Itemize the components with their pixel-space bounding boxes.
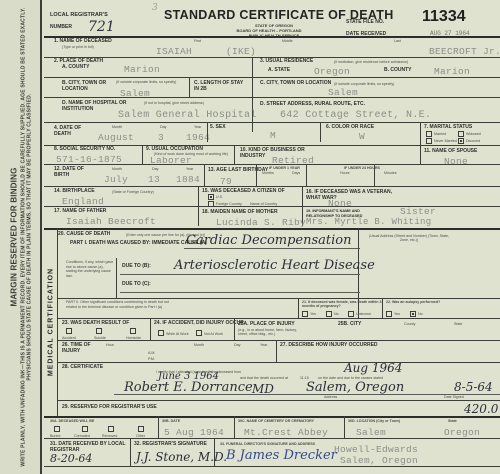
pregnancy-unknown-checkbox[interactable]: [348, 311, 354, 317]
deceased-name-sublabel: (Type or print in full): [62, 45, 94, 49]
conditions-label: Conditions, if any, which gave rise to a…: [66, 260, 114, 278]
reserved-value: 420.0: [464, 402, 498, 416]
county-injury-label: County: [404, 322, 415, 326]
residence-label: 3. USUAL RESIDENCE: [260, 59, 313, 65]
not-at-work-label: Not At Work: [204, 332, 223, 336]
due-to-b-label: DUE TO (B):: [122, 264, 151, 270]
due-to-c-label: DUE TO (C):: [122, 282, 151, 288]
divider: [382, 298, 383, 318]
funeral-director-signature: B James Drecker: [226, 448, 337, 463]
number-label: NUMBER: [50, 25, 72, 31]
disposition-date-label: 30B. DATE: [162, 419, 180, 423]
manner-suicide-checkbox[interactable]: [96, 328, 102, 334]
residence-county: Marion: [434, 66, 470, 77]
marital-never-married-label: Never Married: [434, 139, 457, 143]
death-day-label: Day: [160, 125, 166, 129]
marital-divorced-label: Divorced: [466, 139, 480, 143]
spouse: None: [444, 156, 468, 167]
divider: [120, 274, 360, 275]
divider: [420, 122, 421, 164]
father-name: Isaiah Beecroft: [66, 216, 156, 227]
certified-date: Aug 1964: [344, 361, 402, 375]
hospital-sublabel: (If not in hospital, give street address…: [144, 101, 204, 105]
at-work-checkbox[interactable]: [158, 330, 164, 336]
mother-label: 18. MAIDEN NAME OF MOTHER: [202, 210, 278, 216]
dob-month: July: [104, 174, 128, 185]
death-city-sublabel: (If outside corporate limits, so specify…: [116, 80, 176, 84]
marital-status-label: 7. MARITAL STATUS: [424, 125, 472, 131]
months-label: Months: [262, 171, 274, 175]
injury-month-label: Month: [194, 343, 204, 347]
certificate-label: 28. CERTIFICATE: [62, 365, 103, 371]
divider: [320, 122, 321, 142]
disposition-label: 30A. DECEASED WILL BE: [50, 419, 94, 423]
death-year-label: Year: [194, 125, 201, 129]
dob-year: 1884: [176, 174, 200, 185]
medical-certification-band: MEDICAL CERTIFICATION: [44, 228, 58, 416]
autopsy-yes-checkbox[interactable]: [386, 311, 392, 317]
other-checkbox[interactable]: [138, 426, 144, 432]
state-file-number: 11334: [422, 8, 466, 26]
deceased-name-label: 1. NAME OF DECEASED: [54, 39, 112, 45]
divider: [234, 416, 235, 438]
divider: [214, 438, 215, 466]
death-county: Marion: [124, 64, 160, 75]
residence-county-label: B. COUNTY: [384, 68, 412, 74]
under-year-label: IF UNDER 1 YEAR: [269, 166, 300, 170]
divider: [58, 400, 500, 401]
divider: [142, 145, 143, 164]
pregnancy-question: 21. If deceased was female, was death wi…: [302, 300, 392, 308]
divider: [44, 36, 500, 38]
divider: [120, 292, 360, 293]
marital-widowed-label: Widowed: [466, 132, 481, 136]
state-file-label: STATE FILE NO.: [346, 20, 384, 26]
am-label: A.M.: [148, 351, 155, 355]
marital-married-checkbox[interactable]: [426, 131, 432, 137]
last-label: Last: [394, 39, 401, 43]
pregnancy-no-checkbox[interactable]: [326, 311, 332, 317]
dob-day-label: Day: [152, 167, 158, 171]
part2-label: PART II. Other significant conditions co…: [66, 300, 176, 309]
divider: [298, 298, 299, 318]
manner-label: 23. WAS DEATH RESULT OF: [62, 321, 129, 327]
due-to-b: Arteriosclerotic Heart Disease: [174, 258, 375, 273]
hours-label: Hours: [340, 171, 350, 175]
death-month-label: Month: [112, 125, 122, 129]
reserved-label: 29. RESERVED FOR REGISTRAR'S USE: [62, 405, 157, 411]
divider: [204, 164, 205, 186]
residence-sublabel: (If institution, give residence before a…: [334, 60, 408, 64]
immediate-cause: Cardiac Decompensation: [186, 233, 352, 248]
residence-city-sublabel: (If outside corporate limits, so specify…: [334, 82, 394, 86]
divider: [44, 164, 500, 165]
minutes-label: Minutes: [384, 171, 397, 175]
local-number: 721: [88, 19, 115, 35]
funeral-city: Salem, Oregon: [340, 455, 418, 466]
binding-margin: MARGIN RESERVED FOR BINDING WRITE PLAINL…: [0, 0, 42, 474]
deceased-middle-name: (IKE): [226, 46, 256, 57]
cremated-checkbox[interactable]: [82, 426, 88, 432]
veteran: None: [328, 198, 352, 209]
pregnancy-no-label: No: [334, 312, 339, 316]
marital-never-married-checkbox[interactable]: [426, 138, 432, 144]
location-city: Salem: [356, 427, 386, 438]
autopsy-question: 22. Was an autopsy performed?: [386, 300, 456, 304]
ssn-label: 8. SOCIAL SECURITY NO.: [54, 147, 115, 153]
residence-state-label: A. STATE: [268, 68, 290, 74]
disposition-date: 5 Aug 1964: [164, 427, 224, 438]
deceased-first-name: ISAIAH: [156, 46, 192, 57]
divider: [189, 77, 190, 97]
race-label: 6. COLOR OR RACE: [326, 125, 374, 131]
manner-accident-checkbox[interactable]: [66, 328, 72, 334]
veteran-label: 16. IF DECEASED WAS A VETERAN, WHAT WAR?: [306, 189, 406, 201]
location-state-label: State: [448, 419, 457, 423]
describe-injury-label: 27. DESCRIBE HOW INJURY OCCURRED: [280, 343, 378, 349]
informant-name: Mrs. Myrtle B. Whiting: [306, 217, 431, 227]
divider: [256, 164, 257, 186]
dob-day: 13: [148, 174, 160, 185]
physician-signature: Robert E. Dorrance: [124, 380, 253, 395]
length-of-stay-label: C. LENGTH OF STAY IN 2B: [194, 80, 249, 92]
cemetery-name: Mt.Crest Abbey: [244, 427, 328, 438]
physician-address: Salem, Oregon: [306, 380, 404, 395]
address-label: Address: [324, 395, 337, 399]
dob-label: 12. DATE OF BIRTH: [54, 166, 94, 178]
divider: [114, 394, 500, 395]
dob-month-label: Month: [112, 167, 122, 171]
pregnancy-unknown-label: Unknown: [356, 312, 371, 316]
sex: M: [270, 130, 276, 141]
date-signed-label: Date Signed: [444, 395, 464, 399]
margin-title: MARGIN RESERVED FOR BINDING: [10, 7, 20, 467]
death-month: August: [98, 132, 134, 143]
divider: [150, 318, 151, 340]
divider: [184, 248, 360, 249]
divider: [158, 416, 159, 438]
place-injury-label: 25A. PLACE OF INJURY: [238, 322, 295, 328]
marital-divorced-checkbox[interactable]: [458, 138, 464, 144]
residence-city-label: C. CITY, TOWN OR LOCATION: [260, 81, 331, 87]
pregnancy-yes-label: Yes: [310, 312, 316, 316]
autopsy-no-checkbox[interactable]: [410, 311, 416, 317]
pregnancy-yes-checkbox[interactable]: [302, 311, 308, 317]
divider: [234, 145, 235, 164]
divider: [44, 228, 500, 230]
divider: [44, 438, 500, 439]
divider: [58, 318, 500, 319]
autopsy-no-label: No: [418, 312, 423, 316]
city-injury-label: 25B. CITY: [338, 322, 361, 328]
medical-certification-label: MEDICAL CERTIFICATION: [48, 268, 55, 376]
local-registrar-label: LOCAL REGISTRAR'S: [50, 13, 108, 19]
divider: [344, 416, 345, 438]
date-received-local: 8-20-64: [50, 452, 92, 465]
marital-widowed-checkbox[interactable]: [458, 131, 464, 137]
birthplace-label: 14. BIRTHPLACE: [54, 189, 95, 195]
divider: [130, 438, 131, 466]
injury-day-label: Day: [234, 343, 240, 347]
death-county-label: A. COUNTY: [62, 65, 90, 71]
divider: [276, 340, 277, 362]
cause-of-death-label: 20. CAUSE OF DEATH: [58, 232, 110, 238]
divider: [374, 164, 375, 186]
state-injury-label: State: [454, 322, 462, 326]
injury-year-label: Year: [260, 343, 267, 347]
divider: [116, 258, 117, 298]
location-label: 30D. LOCATION (City or Town): [348, 419, 400, 423]
death-city-label: B. CITY, TOWN OR LOCATION: [62, 80, 114, 92]
street-address: 642 Cottage Street, N.E.: [280, 110, 431, 121]
manner-homicide-checkbox[interactable]: [130, 328, 136, 334]
dob-year-label: Year: [186, 167, 193, 171]
mother-name: Lucinda S. Riby: [216, 217, 306, 228]
divider: [234, 318, 235, 340]
divider: [207, 122, 208, 142]
hour-label: Hour: [106, 343, 114, 347]
at-work-label: While At Work: [166, 332, 189, 336]
birthplace-sublabel: (State or Foreign Country): [112, 190, 154, 194]
date-of-death-label: 4. DATE OF DEATH: [54, 125, 94, 137]
divider: [306, 164, 307, 186]
divider: [44, 466, 500, 467]
residence-state: Oregon: [314, 66, 350, 77]
race: W: [359, 131, 365, 142]
divider: [44, 416, 500, 418]
time-injury-label: 26. TIME OF INJURY: [62, 342, 102, 354]
father-label: 17. NAME OF FATHER: [54, 209, 106, 215]
buried-checkbox[interactable]: [54, 426, 60, 432]
death-day: 3: [158, 132, 164, 143]
hospital-name: Salem General Hospital: [118, 110, 257, 121]
deceased-last-name: BEECROFT Jr.: [429, 46, 500, 57]
spouse-label: 11. NAME OF SPOUSE: [424, 149, 477, 155]
margin-text: WRITE PLAINLY, WITH UNFADING INK—THIS IS…: [21, 7, 33, 466]
not-at-work-checkbox[interactable]: [196, 330, 202, 336]
funeral-firm: Howell-Edwards: [334, 444, 418, 455]
date-signed: 8-5-64: [454, 380, 493, 394]
accident-label: 24. IF ACCIDENT, DID INJURY OCCUR: [154, 321, 244, 327]
sex-label: 5. SEX: [210, 125, 226, 131]
removed-checkbox[interactable]: [108, 426, 114, 432]
middle-label: Middle: [282, 39, 293, 43]
margin-instructions: MARGIN RESERVED FOR BINDING WRITE PLAINL…: [10, 7, 33, 467]
place-injury-sublabel: (e.g., in or about home, farm, factory, …: [238, 328, 298, 336]
cemetery-label: 30C. NAME OF CEMETERY OR CREMATORY: [238, 419, 314, 423]
registrar-signature-label: 32. REGISTRAR'S SIGNATURE: [134, 442, 207, 448]
citizen-us-checkbox[interactable]: [208, 194, 214, 200]
divider: [44, 122, 500, 123]
divider: [58, 362, 500, 363]
autopsy-yes-label: Yes: [394, 312, 400, 316]
street-label: D. STREET ADDRESS, RURAL ROUTE, ETC.: [260, 102, 365, 108]
divider: [44, 97, 500, 98]
divider: [58, 298, 500, 299]
location-state: Oregon: [444, 427, 480, 438]
certificate-form: LOCAL REGISTRAR'S NUMBER 721 3 STANDARD …: [44, 0, 500, 474]
divider: [58, 340, 500, 341]
marital-married-label: Married: [434, 132, 446, 136]
death-certificate: MARGIN RESERVED FOR BINDING WRITE PLAINL…: [0, 0, 500, 474]
funeral-director-label: 33. FUNERAL DIRECTOR'S SIGNATURE AND ADD…: [220, 442, 315, 446]
top-mark: 3: [152, 3, 158, 13]
citizen-label: 15. WAS DECEASED A CITIZEN OF: [202, 189, 285, 195]
pm-label: P.M.: [148, 357, 155, 361]
days-label: Days: [292, 171, 300, 175]
first-label: First: [194, 39, 201, 43]
informant-relationship: Sister: [400, 206, 436, 217]
divider: [44, 77, 500, 78]
citizen-us-label: U.S.: [216, 195, 223, 199]
age-label: 13. AGE LAST BIRTHDAY: [208, 168, 268, 174]
divider: [44, 186, 500, 187]
interval-label: (Usual Address (Street and Number) (Town…: [364, 234, 454, 242]
